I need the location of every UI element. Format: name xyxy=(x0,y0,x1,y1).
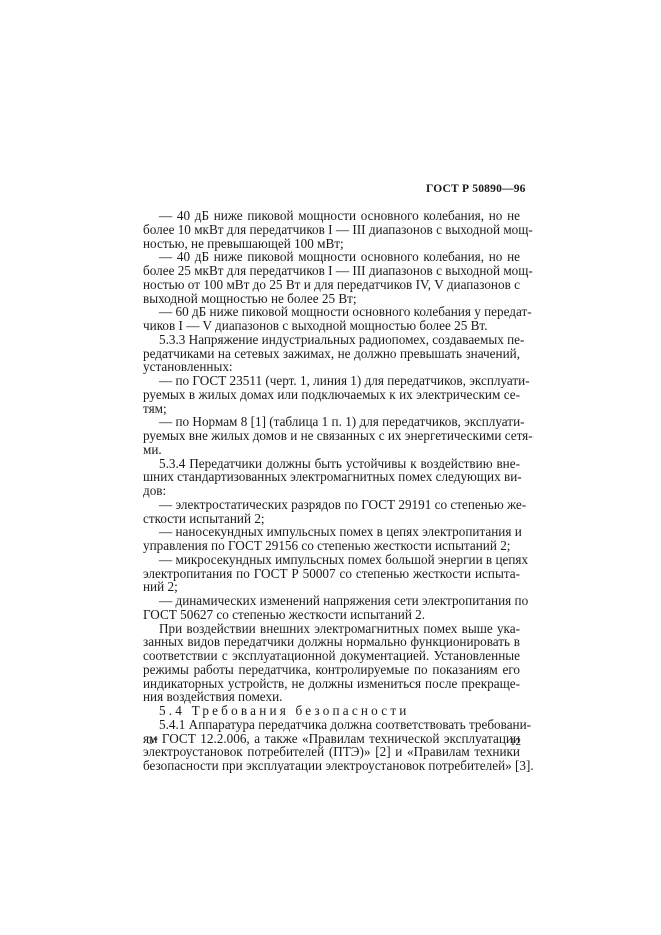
text-line: — динамических изменений напряжения сети… xyxy=(143,594,520,608)
text-line: — наносекундных импульсных помех в цепях… xyxy=(143,525,520,539)
text-line: ния воздействия помехи. xyxy=(143,690,520,704)
text-line: — 60 дБ ниже пиковой мощности основного … xyxy=(143,305,520,319)
text-line: безопасности при эксплуатации электроуст… xyxy=(143,759,520,773)
text-line: тям; xyxy=(143,402,520,416)
text-line: — 40 дБ ниже пиковой мощности основного … xyxy=(143,209,520,223)
text-line: — по ГОСТ 23511 (черт. 1, линия 1) для п… xyxy=(143,374,520,388)
text-line: более 25 мкВт для передатчиков I — III д… xyxy=(143,264,520,278)
text-line: установленных: xyxy=(143,360,520,374)
text-line: — по Нормам 8 [1] (таблица 1 п. 1) для п… xyxy=(143,415,520,429)
text-line: шних стандартизованных электромагнитных … xyxy=(143,470,520,484)
text-line: дов: xyxy=(143,484,520,498)
document-body: — 40 дБ ниже пиковой мощности основного … xyxy=(143,209,520,773)
text-line: электропитания по ГОСТ Р 50007 со степен… xyxy=(143,567,520,581)
text-line: При воздействии внешних электромагнитных… xyxy=(143,622,520,636)
text-line: ми. xyxy=(143,443,520,457)
text-line: более 10 мкВт для передатчиков I — III д… xyxy=(143,223,520,237)
text-line: выходной мощностью не более 25 Вт; xyxy=(143,292,520,306)
text-line: ний 2; xyxy=(143,580,520,594)
text-line: ям ГОСТ 12.2.006, а также «Правилам техн… xyxy=(143,732,520,746)
text-line: занных видов передатчики должны нормальн… xyxy=(143,635,520,649)
text-line: — микросекундных импульсных помех большо… xyxy=(143,553,520,567)
text-line: редатчиками на сетевых зажимах, не должн… xyxy=(143,347,520,361)
text-line: 5.3.3 Напряжение индустриальных радиопом… xyxy=(143,333,520,347)
text-line: сткости испытаний 2; xyxy=(143,512,520,526)
footer-signature-mark: 3* xyxy=(148,736,158,747)
document-page: ГОСТ Р 50890—96 — 40 дБ ниже пиковой мощ… xyxy=(0,0,661,935)
text-line: — электростатических разрядов по ГОСТ 29… xyxy=(143,498,520,512)
text-line: — 40 дБ ниже пиковой мощности основного … xyxy=(143,250,520,264)
text-line: режимы работы передатчика, контролируемы… xyxy=(143,663,520,677)
text-line: чиков I — V диапазонов с выходной мощнос… xyxy=(143,319,520,333)
text-line: руемых в жилых домах или подключаемых к … xyxy=(143,388,520,402)
section-heading: 5.4 Требования безопасности xyxy=(143,704,520,718)
text-line: управления по ГОСТ 29156 со степенью жес… xyxy=(143,539,520,553)
document-header-id: ГОСТ Р 50890—96 xyxy=(426,183,526,195)
text-line: соответствии с эксплуатационной документ… xyxy=(143,649,520,663)
text-line: ностью, не превышающей 100 мВт; xyxy=(143,237,520,251)
text-line: электроустановок потребителей (ПТЭ)» [2]… xyxy=(143,745,520,759)
text-line: ГОСТ 50627 со степенью жесткости испытан… xyxy=(143,608,520,622)
page-number: 12 xyxy=(510,736,521,748)
text-line: индикаторных устройств, не должны измени… xyxy=(143,677,520,691)
text-line: 5.4.1 Аппаратура передатчика должна соот… xyxy=(143,718,520,732)
text-line: 5.3.4 Передатчики должны быть устойчивы … xyxy=(143,457,520,471)
text-line: руемых вне жилых домов и не связанных с … xyxy=(143,429,520,443)
text-line: ностью от 100 мВт до 25 Вт и для передат… xyxy=(143,278,520,292)
